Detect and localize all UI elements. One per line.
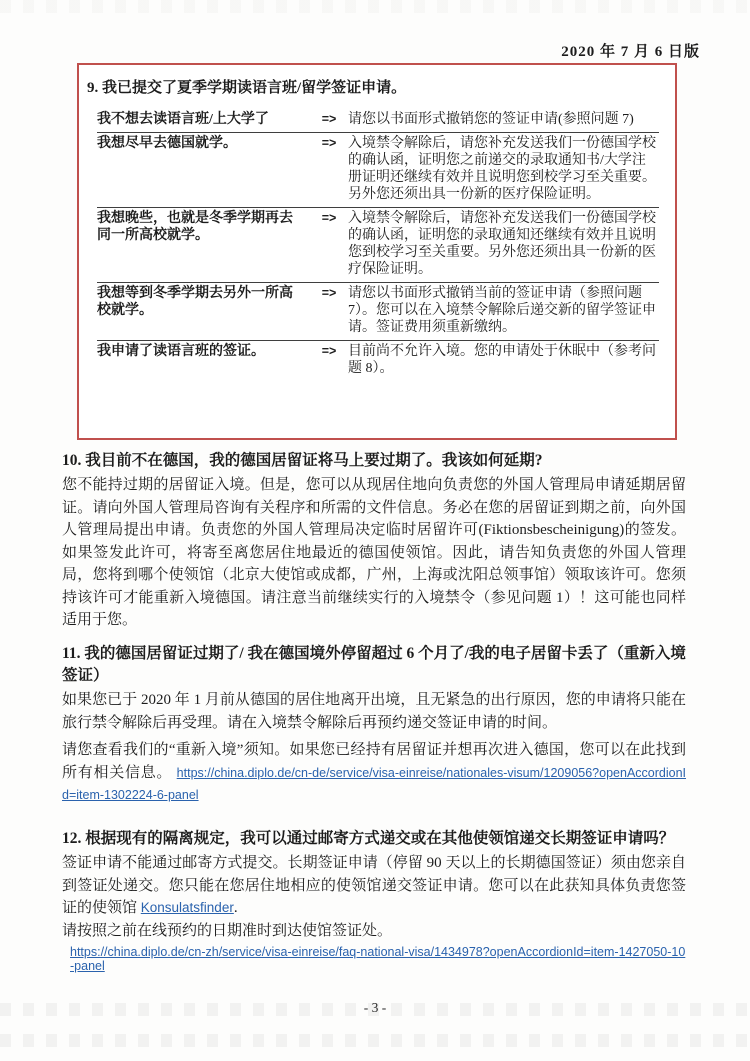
arrow-icon: =>: [310, 285, 348, 336]
table-row: 我申请了读语言班的签证。 => 目前尚不允许入境。您的申请处于休眠中（参考问题 …: [97, 341, 659, 381]
arrow-icon: =>: [310, 343, 348, 377]
response-cell: 入境禁令解除后，请您补充发送我们一份德国学校的确认函，证明您的录取通知还继续有效…: [348, 210, 659, 278]
document-page: 2020 年 7 月 6 日版 9. 我已提交了夏季学期读语言班/留学签证申请。…: [0, 0, 750, 1061]
konsulatsfinder-link[interactable]: Konsulatsfinder: [141, 900, 234, 915]
scan-artifact-band: [0, 1034, 750, 1047]
response-cell: 目前尚不允许入境。您的申请处于休眠中（参考问题 8）。: [348, 343, 659, 377]
visa-scenario-table: 我不想去读语言班/上大学了 => 请您以书面形式撤销您的签证申请(参照问题 7)…: [97, 109, 659, 381]
question-10-section: 10. 我目前不在德国，我的德国居留证将马上要过期了。我该如何延期? 您不能持过…: [62, 450, 686, 632]
question-12-title: 12. 根据现有的隔离规定，我可以通过邮寄方式递交或在其他使领馆递交长期签证申请…: [62, 828, 686, 850]
question-10-title: 10. 我目前不在德国，我的德国居留证将马上要过期了。我该如何延期?: [62, 450, 686, 472]
question-11-body: 如果您已于 2020 年 1 月前从德国的居住地离开出境，且无紧急的出行原因，您…: [62, 689, 686, 734]
page-number: - 3 -: [0, 1000, 750, 1016]
question-12-section: 12. 根据现有的隔离规定，我可以通过邮寄方式递交或在其他使领馆递交长期签证申请…: [62, 828, 686, 975]
table-row: 我想等到冬季学期去另外一所高校就学。 => 请您以书面形式撤销当前的签证申请（参…: [97, 283, 659, 341]
scan-artifact-band: [0, 0, 750, 13]
arrow-icon: =>: [310, 135, 348, 203]
reentry-note-paragraph: 请您查看我们的“重新入境”须知。如果您已经持有居留证并想再次进入德国，您可以在此…: [62, 739, 686, 807]
situation-cell: 我想晚些，也就是冬季学期再去同一所高校就学。: [97, 210, 310, 278]
response-cell: 入境禁令解除后，请您补充发送我们一份德国学校的确认函，证明您之前递交的录取通知书…: [348, 135, 659, 203]
situation-cell: 我想尽早去德国就学。: [97, 135, 310, 203]
arrow-icon: =>: [310, 210, 348, 278]
situation-cell: 我不想去读语言班/上大学了: [97, 111, 310, 128]
question-12-body: 签证申请不能通过邮寄方式提交。长期签证申请（停留 90 天以上的长期德国签证）须…: [62, 852, 686, 920]
table-row: 我想晚些，也就是冬季学期再去同一所高校就学。 => 入境禁令解除后，请您补充发送…: [97, 208, 659, 283]
response-cell: 请您以书面形式撤销您的签证申请(参照问题 7): [348, 111, 659, 128]
question-11-section: 11. 我的德国居留证过期了/ 我在德国境外停留超过 6 个月了/我的电子居留卡…: [62, 643, 686, 734]
faq-national-visa-link[interactable]: https://china.diplo.de/cn-zh/service/vis…: [70, 945, 686, 973]
situation-cell: 我申请了读语言班的签证。: [97, 343, 310, 377]
document-date-version: 2020 年 7 月 6 日版: [561, 40, 700, 61]
arrow-icon: =>: [310, 111, 348, 128]
q12-instruction: 请按照之前在线预约的日期准时到达使馆签证处。: [62, 920, 686, 943]
table-row: 我想尽早去德国就学。 => 入境禁令解除后，请您补充发送我们一份德国学校的确认函…: [97, 133, 659, 208]
situation-cell: 我想等到冬季学期去另外一所高校就学。: [97, 285, 310, 336]
question-9-box: 9. 我已提交了夏季学期读语言班/留学签证申请。 我不想去读语言班/上大学了 =…: [77, 63, 677, 440]
table-row: 我不想去读语言班/上大学了 => 请您以书面形式撤销您的签证申请(参照问题 7): [97, 109, 659, 133]
question-10-body: 您不能持过期的居留证入境。但是，您可以从现居住地向负责您的外国人管理局申请延期居…: [62, 474, 686, 632]
question-9-title: 9. 我已提交了夏季学期读语言班/留学签证申请。: [87, 76, 675, 97]
question-11-note: 请您查看我们的“重新入境”须知。如果您已经持有居留证并想再次进入德国，您可以在此…: [62, 737, 686, 807]
q12-body-period: .: [234, 900, 238, 916]
response-cell: 请您以书面形式撤销当前的签证申请（参照问题 7）。您可以在入境禁令解除后递交新的…: [348, 285, 659, 336]
question-11-title: 11. 我的德国居留证过期了/ 我在德国境外停留超过 6 个月了/我的电子居留卡…: [62, 643, 686, 687]
